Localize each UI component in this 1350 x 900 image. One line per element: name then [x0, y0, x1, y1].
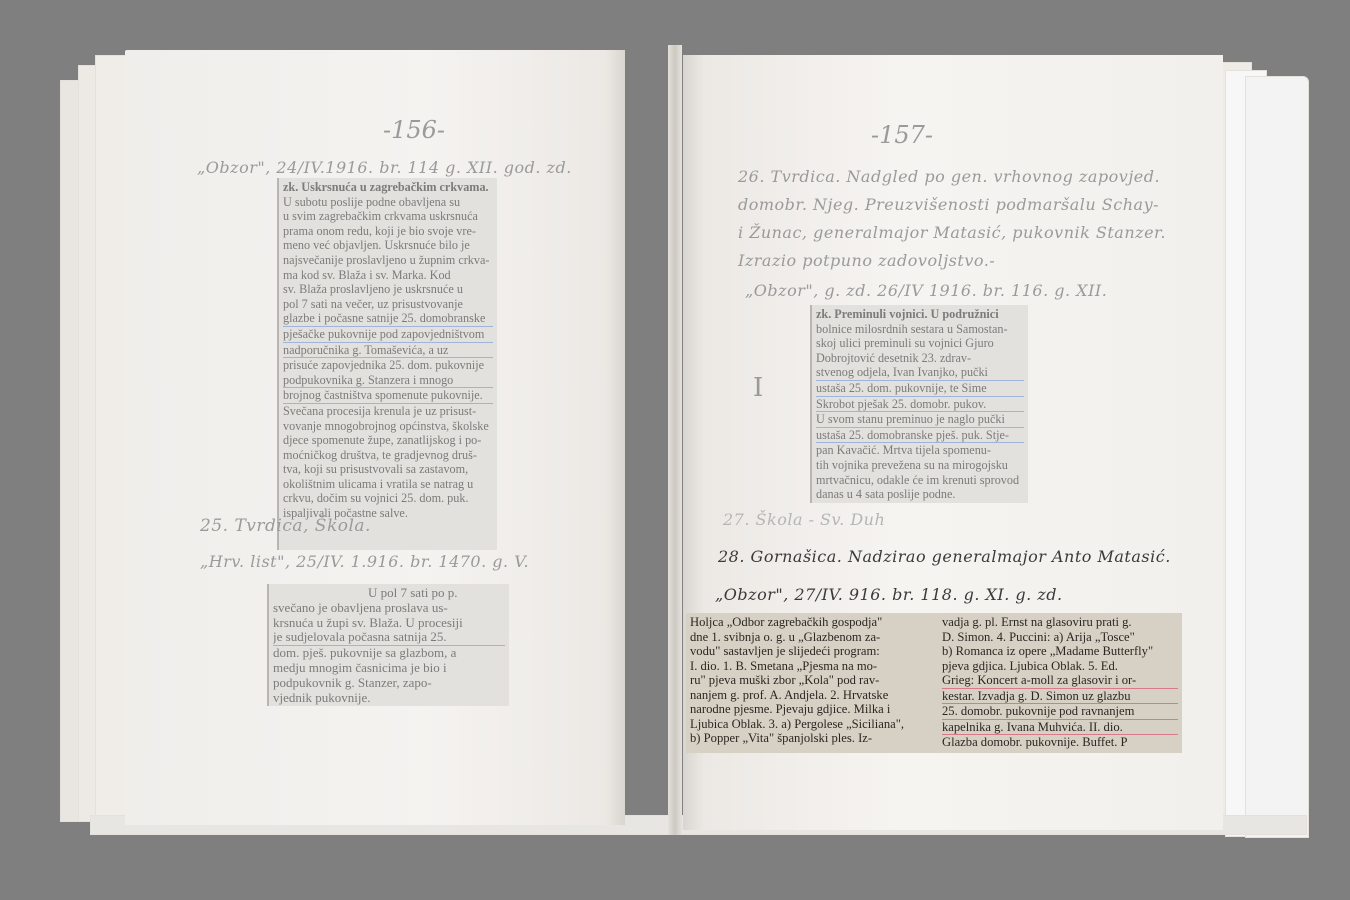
entry-26-line-2: domobr. Njeg. Preuzvišenosti podmaršalu …: [738, 195, 1159, 214]
source-line-hrv-list: „Hrv. list", 25/IV. 1.916. br. 1470. g. …: [200, 552, 529, 571]
entry-27: 27. Škola - Sv. Duh: [723, 510, 885, 529]
margin-mark-roman-one: I: [753, 373, 763, 403]
entry-28: 28. Gornašica. Nadzirao generalmajor Ant…: [718, 547, 1171, 566]
clipping-program-koncerta: Holjca „Odbor zagrebačkih gospodja" dne …: [686, 613, 1182, 753]
clipping-procesija: U pol 7 sati po p. svečano je obavljena …: [267, 584, 509, 706]
entry-25: 25. Tvrdica, Škola.: [200, 516, 371, 536]
page-stack-right-3: [1245, 76, 1309, 838]
clipping-preminuli-vojnici: zk. Preminuli vojnici. U podružnici boln…: [810, 305, 1028, 503]
right-page: -157- 26. Tvrdica. Nadgled po gen. vrhov…: [683, 55, 1223, 830]
source-line-obzor-24: „Obzor", 24/IV.1916. br. 114 g. XII. god…: [197, 158, 572, 177]
book-gutter: [668, 45, 682, 835]
source-line-obzor-26: „Obzor", g. zd. 26/IV 1916. br. 116. g. …: [745, 281, 1107, 300]
entry-26-line-4: Izrazio potpuno zadovoljstvo.-: [738, 251, 995, 270]
page-number-right: -157-: [871, 121, 933, 149]
source-line-obzor-27: „Obzor", 27/IV. 916. br. 118. g. XI. g. …: [715, 585, 1063, 604]
clipping-column-1: Holjca „Odbor zagrebačkih gospodja" dne …: [690, 615, 930, 751]
page-number-left: -156-: [383, 116, 445, 144]
entry-26-line-3: i Žunac, generalmajor Matasić, pukovnik …: [738, 223, 1166, 242]
clipping-uskrsnuca: zk. Uskrsnuća u zagrebačkim crkvama. U s…: [277, 178, 497, 550]
left-page: -156- „Obzor", 24/IV.1916. br. 114 g. XI…: [125, 50, 625, 825]
entry-26-line-1: 26. Tvrdica. Nadgled po gen. vrhovnog za…: [738, 167, 1160, 186]
clipping-column-2: vadja g. pl. Ernst na glasoviru prati g.…: [942, 615, 1178, 751]
